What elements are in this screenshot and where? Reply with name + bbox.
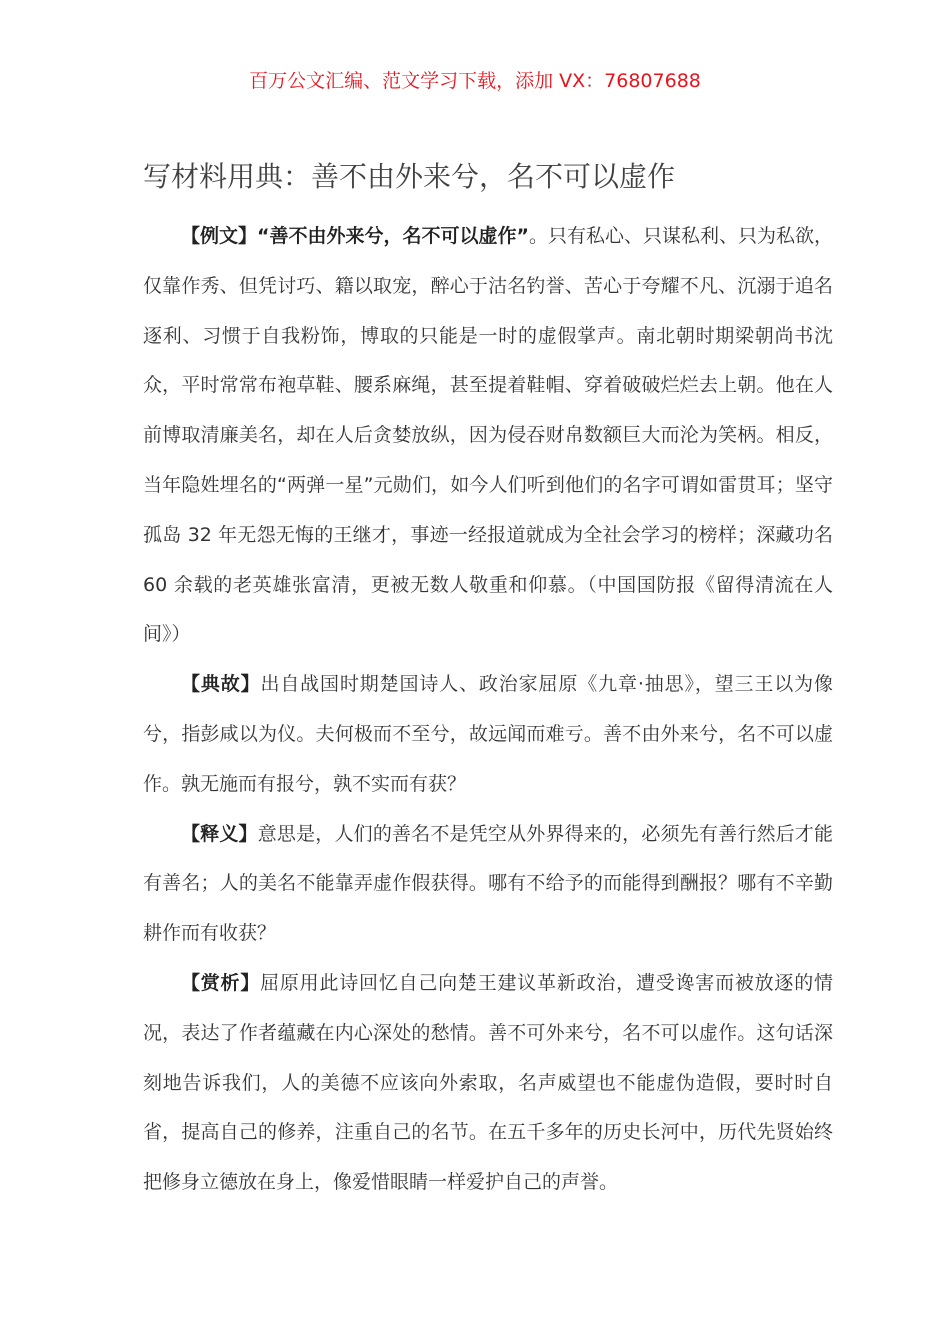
section-meaning: 【释义】意思是，人们的善名不是凭空从外界得来的，必须先有善行然后才能有善名；人的… bbox=[143, 810, 833, 959]
section-label-appreciation: 【赏析】 bbox=[181, 972, 260, 994]
section-label-allusion: 【典故】 bbox=[181, 673, 260, 695]
section-example: 【例文】“善不由外来兮，名不可以虚作”。只有私心、只谋私利、只为私欲，仅靠作秀、… bbox=[143, 212, 833, 660]
page-title: 写材料用典：善不由外来兮，名不可以虚作 bbox=[143, 155, 675, 195]
section-text-appreciation: 屈原用此诗回忆自己向楚王建议革新政治，遭受谗害而被放逐的情况，表达了作者蕴藏在内… bbox=[143, 972, 833, 1193]
section-allusion: 【典故】出自战国时期楚国诗人、政治家屈原《九章·抽思》，望三王以为像兮，指彭咸以… bbox=[143, 660, 833, 809]
section-appreciation: 【赏析】屈原用此诗回忆自己向楚王建议革新政治，遭受谗害而被放逐的情况，表达了作者… bbox=[143, 959, 833, 1208]
article-body: 【例文】“善不由外来兮，名不可以虚作”。只有私心、只谋私利、只为私欲，仅靠作秀、… bbox=[143, 212, 833, 1208]
example-quote: “善不由外来兮，名不可以虚作” bbox=[257, 225, 529, 247]
section-text-example: 。只有私心、只谋私利、只为私欲，仅靠作秀、但凭讨巧、籍以取宠，醉心于沽名钓誉、苦… bbox=[143, 225, 833, 645]
header-watermark-note: 百万公文汇编、范文学习下载，添加 VX：76807688 bbox=[0, 66, 950, 93]
section-label-meaning: 【释义】 bbox=[181, 823, 258, 845]
section-label-example: 【例文】 bbox=[181, 225, 257, 247]
